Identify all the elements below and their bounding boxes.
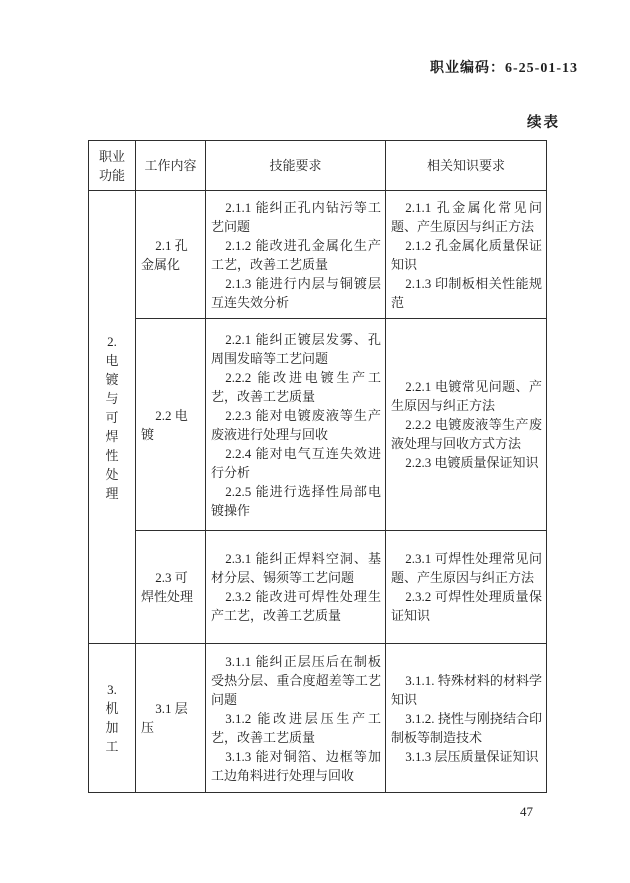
work-cell-2-3: 2.3 可焊性处理 <box>136 531 206 644</box>
work-label: 2.1 孔金属化 <box>141 236 200 274</box>
knowledge-item: 2.3.2 可焊性处理质量保证知识 <box>391 587 542 625</box>
work-cell-3-1: 3.1 层压 <box>136 644 206 793</box>
knowledge-item: 2.1.1 孔金属化常见问题、产生原因与纠正方法 <box>391 198 542 236</box>
skill-item: 2.2.2 能改进电镀生产工艺，改善工艺质量 <box>211 368 381 406</box>
table-row: 2.3 可焊性处理 2.3.1 能纠正焊料空洞、基材分层、锡须等工艺问题 2.3… <box>89 531 547 644</box>
skill-item: 3.1.2 能改进层压生产工艺，改善工艺质量 <box>211 709 381 747</box>
skills-cell-3-1: 3.1.1 能纠正层压后在制板受热分层、重合度超差等工艺问题 3.1.2 能改进… <box>206 644 386 793</box>
skill-item: 3.1.1 能纠正层压后在制板受热分层、重合度超差等工艺问题 <box>211 652 381 709</box>
skill-item: 2.2.5 能进行选择性局部电镀操作 <box>211 482 381 520</box>
skill-requirements-table: 职业 功能 工作内容 技能要求 相关知识要求 2. 电 镀 与 可 焊 性 处 … <box>88 140 547 793</box>
function-cell-machining: 3. 机 加 工 <box>89 644 136 793</box>
skill-item: 3.1.3 能对铜箔、边框等加工边角料进行处理与回收 <box>211 747 381 785</box>
work-label: 3.1 层压 <box>141 699 200 737</box>
knowledge-cell-2-2: 2.2.1 电镀常见问题、产生原因与纠正方法 2.2.2 电镀废液等生产废液处理… <box>386 319 547 531</box>
knowledge-cell-3-1: 3.1.1. 特殊材料的材料学知识 3.1.2. 挠性与刚挠结合印制板等制造技术… <box>386 644 547 793</box>
page-number: 47 <box>520 804 533 820</box>
occupation-code: 职业编码：6-25-01-13 <box>430 57 578 77</box>
header-knowledge-requirements: 相关知识要求 <box>386 141 547 191</box>
function-cell-electroplating: 2. 电 镀 与 可 焊 性 处 理 <box>89 191 136 644</box>
header-skill-requirements: 技能要求 <box>206 141 386 191</box>
knowledge-cell-2-1: 2.1.1 孔金属化常见问题、产生原因与纠正方法 2.1.2 孔金属化质量保证知… <box>386 191 547 319</box>
skill-item: 2.1.3 能进行内层与铜镀层互连失效分析 <box>211 274 381 312</box>
skill-item: 2.2.3 能对电镀废液等生产废液进行处理与回收 <box>211 406 381 444</box>
knowledge-cell-2-3: 2.3.1 可焊性处理常见问题、产生原因与纠正方法 2.3.2 可焊性处理质量保… <box>386 531 547 644</box>
work-cell-2-2: 2.2 电镀 <box>136 319 206 531</box>
knowledge-item: 2.2.3 电镀质量保证知识 <box>391 453 542 472</box>
table-row: 2. 电 镀 与 可 焊 性 处 理 2.1 孔金属化 2.1.1 能纠正孔内钻… <box>89 191 547 319</box>
work-cell-2-1: 2.1 孔金属化 <box>136 191 206 319</box>
skill-item: 2.1.2 能改进孔金属化生产工艺，改善工艺质量 <box>211 236 381 274</box>
table-row: 3. 机 加 工 3.1 层压 3.1.1 能纠正层压后在制板受热分层、重合度超… <box>89 644 547 793</box>
continued-table-label: 续表 <box>527 111 560 132</box>
work-label: 2.2 电镀 <box>141 406 200 444</box>
knowledge-item: 2.2.1 电镀常见问题、产生原因与纠正方法 <box>391 377 542 415</box>
table-row: 2.2 电镀 2.2.1 能纠正镀层发雾、孔周围发暗等工艺问题 2.2.2 能改… <box>89 319 547 531</box>
knowledge-item: 2.1.2 孔金属化质量保证知识 <box>391 236 542 274</box>
skills-cell-2-2: 2.2.1 能纠正镀层发雾、孔周围发暗等工艺问题 2.2.2 能改进电镀生产工艺… <box>206 319 386 531</box>
skills-cell-2-1: 2.1.1 能纠正孔内钻污等工艺问题 2.1.2 能改进孔金属化生产工艺，改善工… <box>206 191 386 319</box>
skill-item: 2.1.1 能纠正孔内钻污等工艺问题 <box>211 198 381 236</box>
header-work-content: 工作内容 <box>136 141 206 191</box>
skill-item: 2.2.1 能纠正镀层发雾、孔周围发暗等工艺问题 <box>211 330 381 368</box>
work-label: 2.3 可焊性处理 <box>141 568 200 606</box>
table-header-row: 职业 功能 工作内容 技能要求 相关知识要求 <box>89 141 547 191</box>
header-function: 职业 功能 <box>89 141 136 191</box>
skill-item: 2.3.1 能纠正焊料空洞、基材分层、锡须等工艺问题 <box>211 549 381 587</box>
skill-item: 2.2.4 能对电气互连失效进行分析 <box>211 444 381 482</box>
knowledge-item: 2.1.3 印制板相关性能规范 <box>391 274 542 312</box>
knowledge-item: 3.1.2. 挠性与刚挠结合印制板等制造技术 <box>391 709 542 747</box>
skill-item: 2.3.2 能改进可焊性处理生产工艺，改善工艺质量 <box>211 587 381 625</box>
knowledge-item: 2.2.2 电镀废液等生产废液处理与回收方式方法 <box>391 415 542 453</box>
skills-cell-2-3: 2.3.1 能纠正焊料空洞、基材分层、锡须等工艺问题 2.3.2 能改进可焊性处… <box>206 531 386 644</box>
knowledge-item: 3.1.1. 特殊材料的材料学知识 <box>391 671 542 709</box>
knowledge-item: 2.3.1 可焊性处理常见问题、产生原因与纠正方法 <box>391 549 542 587</box>
knowledge-item: 3.1.3 层压质量保证知识 <box>391 747 542 766</box>
